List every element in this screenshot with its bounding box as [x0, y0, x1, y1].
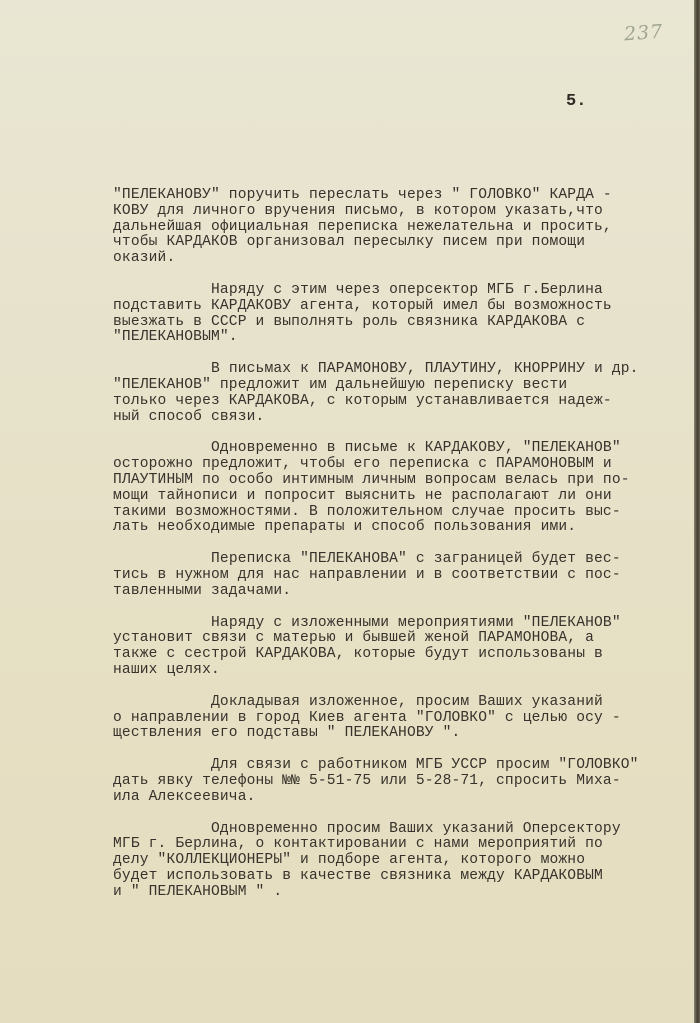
- text-line: "ПЕЛЕКАНОВ" предложит им дальнейшую пере…: [113, 378, 693, 394]
- text-line: осторожно предложит, чтобы его переписка…: [113, 457, 693, 473]
- document-page: 237 5. "ПЕЛЕКАНОВУ" поручить переслать ч…: [0, 0, 694, 1023]
- text-line: ила Алексеевича.: [113, 790, 693, 806]
- text-line: выезжать в СССР и выполнять роль связник…: [113, 315, 693, 331]
- text-line: наших целях.: [113, 663, 693, 679]
- paragraph: Докладывая изложенное, просим Ваших указ…: [113, 695, 693, 742]
- paragraph: Одновременно в письме к КАРДАКОВУ, "ПЕЛЕ…: [113, 441, 693, 536]
- paragraph: В письмах к ПАРАМОНОВУ, ПЛАУТИНУ, КНОРРИ…: [113, 362, 693, 425]
- text-line: дать явку телефоны №№ 5-51-75 или 5-28-7…: [113, 774, 693, 790]
- text-line: будет использовать в качестве связника м…: [113, 869, 693, 885]
- text-line: также с сестрой КАРДАКОВА, которые будут…: [113, 647, 693, 663]
- text-line: чтобы КАРДАКОВ организовал пересылку пис…: [113, 235, 693, 251]
- text-line: Наряду с этим через оперсектор МГБ г.Бер…: [113, 283, 693, 299]
- text-line: "ПЕЛЕКАНОВУ" поручить переслать через " …: [113, 188, 693, 204]
- text-line: тавленными задачами.: [113, 584, 693, 600]
- text-line: Наряду с изложенными мероприятиями "ПЕЛЕ…: [113, 616, 693, 632]
- text-line: МГБ г. Берлина, о контактировании с нами…: [113, 837, 693, 853]
- text-line: такими возможностями. В положительном сл…: [113, 505, 693, 521]
- text-line: установит связи с матерью и бывшей женой…: [113, 631, 693, 647]
- text-line: оказий.: [113, 251, 693, 267]
- text-line: Докладывая изложенное, просим Ваших указ…: [113, 695, 693, 711]
- paragraph: Переписка "ПЕЛЕКАНОВА" с заграницей буде…: [113, 552, 693, 599]
- text-line: Одновременно просим Ваших указаний Оперс…: [113, 822, 693, 838]
- text-line: Одновременно в письме к КАРДАКОВУ, "ПЕЛЕ…: [113, 441, 693, 457]
- text-line: "ПЕЛЕКАНОВЫМ".: [113, 330, 693, 346]
- text-line: только через КАРДАКОВА, с которым устана…: [113, 394, 693, 410]
- text-line: Для связи с работником МГБ УССР просим "…: [113, 758, 693, 774]
- text-line: лать необходимые препараты и способ поль…: [113, 520, 693, 536]
- text-line: ществления его подставы " ПЕЛЕКАНОВУ ".: [113, 726, 693, 742]
- text-line: ный способ связи.: [113, 410, 693, 426]
- text-line: КОВУ для личного вручения письмо, в кото…: [113, 204, 693, 220]
- paragraph: Наряду с изложенными мероприятиями "ПЕЛЕ…: [113, 616, 693, 679]
- text-line: мощи тайнописи и попросит выяснить не ра…: [113, 489, 693, 505]
- paragraph: Для связи с работником МГБ УССР просим "…: [113, 758, 693, 805]
- page-number: 5.: [566, 92, 586, 111]
- text-line: Переписка "ПЕЛЕКАНОВА" с заграницей буде…: [113, 552, 693, 568]
- text-line: В письмах к ПАРАМОНОВУ, ПЛАУТИНУ, КНОРРИ…: [113, 362, 693, 378]
- document-body: "ПЕЛЕКАНОВУ" поручить переслать через " …: [113, 188, 693, 916]
- text-line: делу "КОЛЛЕКЦИОНЕРЫ" и подборе агента, к…: [113, 853, 693, 869]
- archive-sheet-number: 237: [623, 21, 664, 46]
- text-line: о направлении в город Киев агента "ГОЛОВ…: [113, 711, 693, 727]
- text-line: и " ПЕЛЕКАНОВЫМ " .: [113, 885, 693, 901]
- paragraph: Одновременно просим Ваших указаний Оперс…: [113, 822, 693, 901]
- text-line: ПЛАУТИНЫМ по особо интимным личным вопро…: [113, 473, 693, 489]
- text-line: подставить КАРДАКОВУ агента, который име…: [113, 299, 693, 315]
- paper-edge: [694, 0, 700, 1023]
- text-line: тись в нужном для нас направлении и в со…: [113, 568, 693, 584]
- paragraph: Наряду с этим через оперсектор МГБ г.Бер…: [113, 283, 693, 346]
- paragraph: "ПЕЛЕКАНОВУ" поручить переслать через " …: [113, 188, 693, 267]
